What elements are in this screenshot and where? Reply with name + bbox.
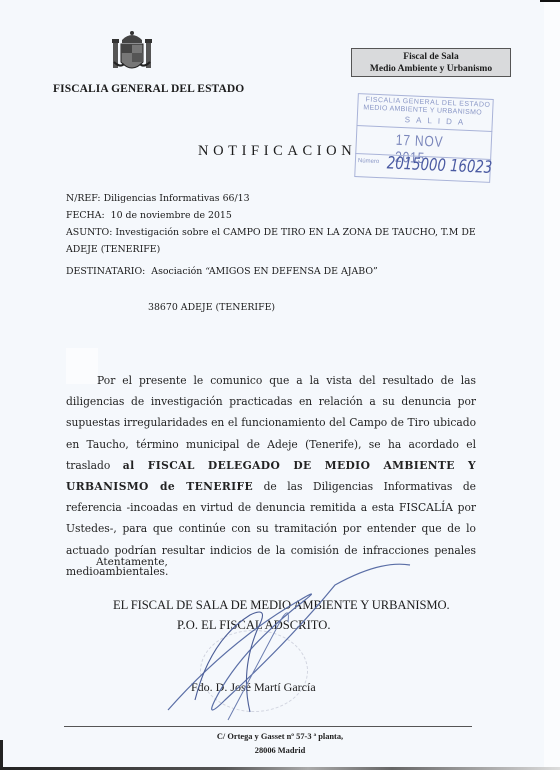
date-row: FECHA: 10 de noviembre de 2015 xyxy=(66,207,486,224)
spanish-coat-of-arms-icon xyxy=(110,30,154,76)
footer-line-2: 28006 Madrid xyxy=(0,744,560,758)
document-page: FISCALIA GENERAL DEL ESTADO Fiscal de Sa… xyxy=(0,0,560,770)
office-line-1: Fiscal de Sala xyxy=(352,51,510,63)
signer-subtitle: P.O. EL FISCAL ADSCRITO. xyxy=(177,618,331,633)
date-value: 10 de noviembre de 2015 xyxy=(111,210,232,221)
recipient-address: 38670 ADEJE (TENERIFE) xyxy=(148,302,275,313)
recipient-label: DESTINATARIO: xyxy=(66,266,145,277)
subject-label: ASUNTO: xyxy=(66,227,112,238)
body-text: Por el presente le comunico que a la vis… xyxy=(66,370,476,582)
footer-divider xyxy=(64,726,472,727)
recipient-value: Asociación “AMIGOS EN DEFENSA DE AJABO” xyxy=(151,266,378,277)
office-box: Fiscal de Sala Medio Ambiente y Urbanism… xyxy=(351,48,511,77)
stamp-number-label: Número xyxy=(358,158,380,165)
salutation: Atentamente, xyxy=(96,556,168,568)
scan-edge xyxy=(0,740,3,770)
document-metadata: N/REF: Diligencias Informativas 66/13 FE… xyxy=(66,190,486,258)
scan-edge xyxy=(544,0,560,770)
date-label: FECHA: xyxy=(66,210,105,221)
subject-row: ASUNTO: Investigación sobre el CAMPO DE … xyxy=(66,224,481,258)
signer-name: Fdo. D. José Martí García xyxy=(191,680,316,695)
body-paragraph: Por el presente le comunico que a la vis… xyxy=(66,370,476,582)
subject-value: Investigación sobre el CAMPO DE TIRO EN … xyxy=(66,227,476,255)
footer-line-1: C/ Ortega y Gasset nº 57-3 ª planta, xyxy=(0,730,560,744)
office-line-2: Medio Ambiente y Urbanismo xyxy=(352,63,510,75)
reference-row: N/REF: Diligencias Informativas 66/13 xyxy=(66,190,486,207)
scan-artifact xyxy=(540,0,560,2)
reference-value: Diligencias Informativas 66/13 xyxy=(104,193,250,204)
signer-title: EL FISCAL DE SALA DE MEDIO AMBIENTE Y UR… xyxy=(113,598,450,613)
footer-address: C/ Ortega y Gasset nº 57-3 ª planta, 280… xyxy=(0,730,560,758)
recipient-row: DESTINATARIO: Asociación “AMIGOS EN DEFE… xyxy=(66,266,378,277)
official-seal xyxy=(200,630,308,712)
institution-name: FISCALIA GENERAL DEL ESTADO xyxy=(53,83,244,95)
reference-label: N/REF: xyxy=(66,193,101,204)
registry-stamp: FISCALIA GENERAL DEL ESTADO MEDIO AMBIEN… xyxy=(354,93,494,183)
document-title: NOTIFICACION xyxy=(198,143,356,160)
